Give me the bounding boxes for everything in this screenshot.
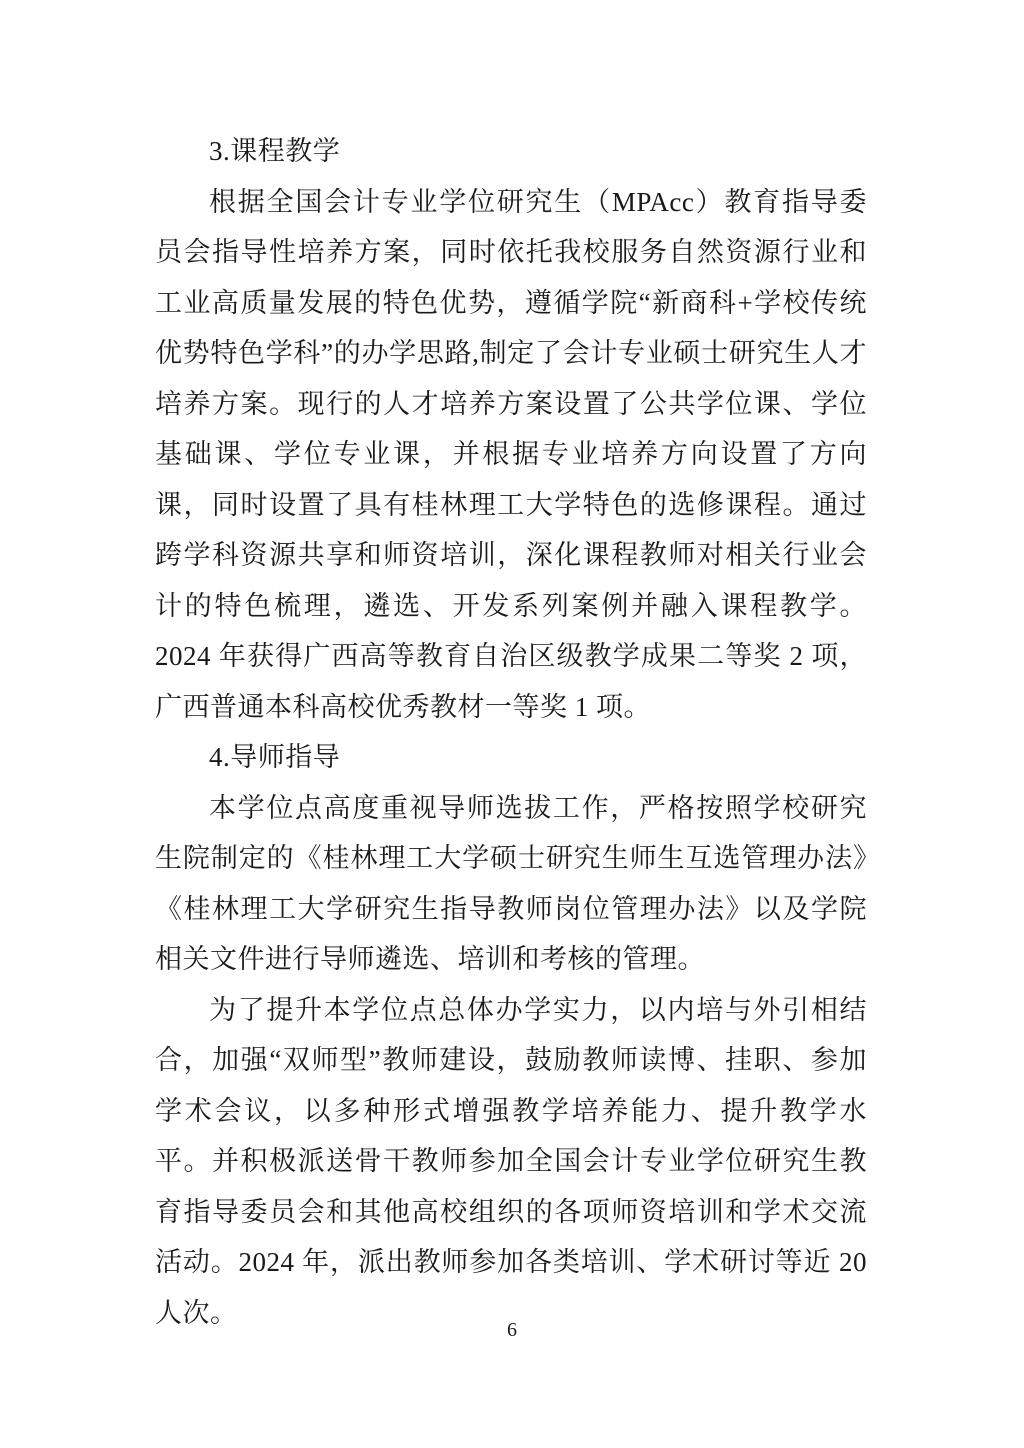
paragraph-supervisor-selection: 本学位点高度重视导师选拔工作，严格按照学校研究生院制定的《桂林理工大学硕士研究生… bbox=[155, 783, 867, 985]
page-content: 3.课程教学 根据全国会计专业学位研究生（MPAcc）教育指导委员会指导性培养方… bbox=[155, 126, 867, 1338]
paragraph-course-teaching: 根据全国会计专业学位研究生（MPAcc）教育指导委员会指导性培养方案，同时依托我… bbox=[155, 177, 867, 733]
section-heading-course-teaching: 3.课程教学 bbox=[155, 126, 867, 177]
document-page: 3.课程教学 根据全国会计专业学位研究生（MPAcc）教育指导委员会指导性培养方… bbox=[0, 0, 1024, 1448]
page-number: 6 bbox=[0, 1318, 1024, 1342]
section-heading-supervisor-guidance: 4.导师指导 bbox=[155, 732, 867, 783]
paragraph-faculty-development: 为了提升本学位点总体办学实力，以内培与外引相结合，加强“双师型”教师建设，鼓励教… bbox=[155, 985, 867, 1339]
